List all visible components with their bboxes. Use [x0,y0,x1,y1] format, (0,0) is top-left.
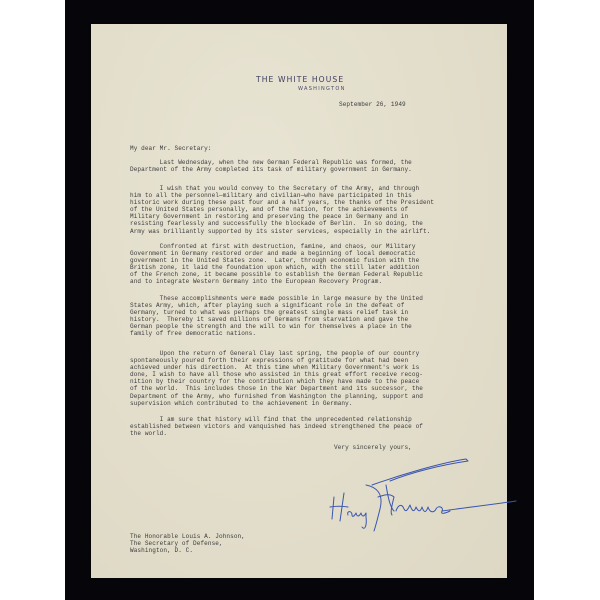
letterhead-subtitle: WASHINGTON [298,86,346,92]
paragraph-4: These accomplishments were made possible… [130,295,423,338]
letter-date: September 26, 1949 [339,101,406,108]
closing: Very sincerely yours, [334,444,412,451]
salutation: My dear Mr. Secretary: [130,145,212,152]
recipient-address: The Honorable Louis A. Johnson, The Secr… [130,533,245,554]
signature [320,455,520,535]
paragraph-6: I am sure that history will find that th… [130,416,423,437]
paragraph-1: Last Wednesday, when the new German Fede… [130,159,412,173]
letterhead-title: THE WHITE HOUSE [256,75,344,84]
paragraph-5: Upon the return of General Clay last spr… [130,350,423,407]
paragraph-2: I wish that you would convey to the Secr… [130,185,434,235]
paragraph-3: Confronted at first with destruction, fa… [130,243,423,286]
